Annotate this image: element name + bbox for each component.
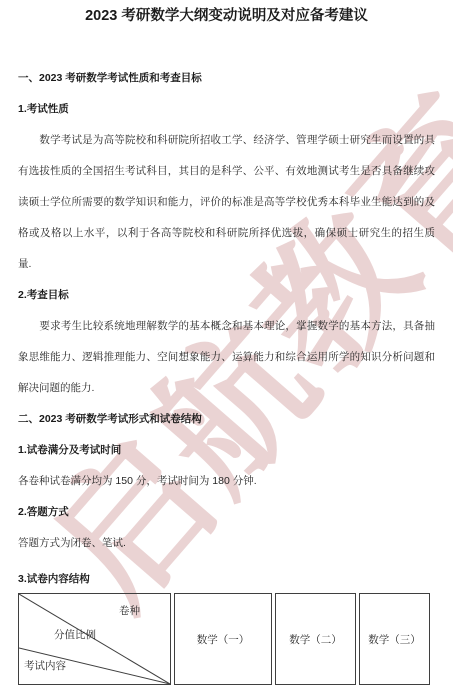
section-2-sub-3-heading: 3.试卷内容结构 <box>18 568 435 590</box>
table-column-header-math1: 数学（一） <box>174 593 272 685</box>
paragraph-1-line-1: 数学考试是为高等院校和科研院所招收工学、经济学、管理学硕士研究生而设置的具 <box>18 125 435 156</box>
section-1-sub-2-heading: 2.考查目标 <box>18 280 435 311</box>
corner-label-exam-content: 考试内容 <box>24 658 66 673</box>
paragraph-1-line-5: 量. <box>18 249 435 280</box>
paragraph-2-line-2: 象思维能力、逻辑推理能力、空间想象能力、运算能力和综合运用所学的知识分析问题和 <box>18 342 435 373</box>
table-column-header-math2: 数学（二） <box>275 593 356 685</box>
exam-structure-table: 卷种 分值比例 考试内容 数学（一） 数学（二） 数学（三） <box>18 593 430 685</box>
corner-label-score-ratio: 分值比例 <box>54 627 96 642</box>
paragraph-2-line-3: 解决问题的能力. <box>18 373 435 404</box>
document-title: 2023 考研数学大纲变动说明及对应备考建议 <box>18 0 435 25</box>
paragraph-1-line-3: 读硕士学位所需要的数学知识和能力，评价的标准是高等学校优秀本科毕业生能达到的及 <box>18 187 435 218</box>
corner-label-paper-type: 卷种 <box>119 603 140 618</box>
section-2-sub-2-heading: 2.答题方式 <box>18 497 435 528</box>
section-1-heading: 一、2023 考研数学考试性质和考查目标 <box>18 63 435 94</box>
section-1-sub-1-heading: 1.考试性质 <box>18 94 435 125</box>
paragraph-1-line-2: 有选拔性质的全国招生考试科目，其目的是科学、公平、有效地测试考生是否具备继续攻 <box>18 156 435 187</box>
exam-duration-text: 各卷种试卷满分均为 150 分，考试时间为 180 分钟. <box>18 466 435 497</box>
answer-mode-text: 答题方式为闭卷、笔试. <box>18 528 435 559</box>
paragraph-1-line-4: 格或及格以上水平，以利于各高等院校和科研院所择优选拔，确保硕士研究生的招生质 <box>18 218 435 249</box>
document-page: 启航教育 2023 考研数学大纲变动说明及对应备考建议 一、2023 考研数学考… <box>0 0 453 685</box>
table-column-header-math3: 数学（三） <box>359 593 430 685</box>
document-content: 2023 考研数学大纲变动说明及对应备考建议 一、2023 考研数学考试性质和考… <box>0 0 453 685</box>
section-2-sub-1-heading: 1.试卷满分及考试时间 <box>18 435 435 466</box>
paragraph-2-line-1: 要求考生比较系统地理解数学的基本概念和基本理论，掌握数学的基本方法，具备抽 <box>18 311 435 342</box>
section-2-heading: 二、2023 考研数学考试形式和试卷结构 <box>18 404 435 435</box>
table-corner-cell: 卷种 分值比例 考试内容 <box>18 593 171 685</box>
